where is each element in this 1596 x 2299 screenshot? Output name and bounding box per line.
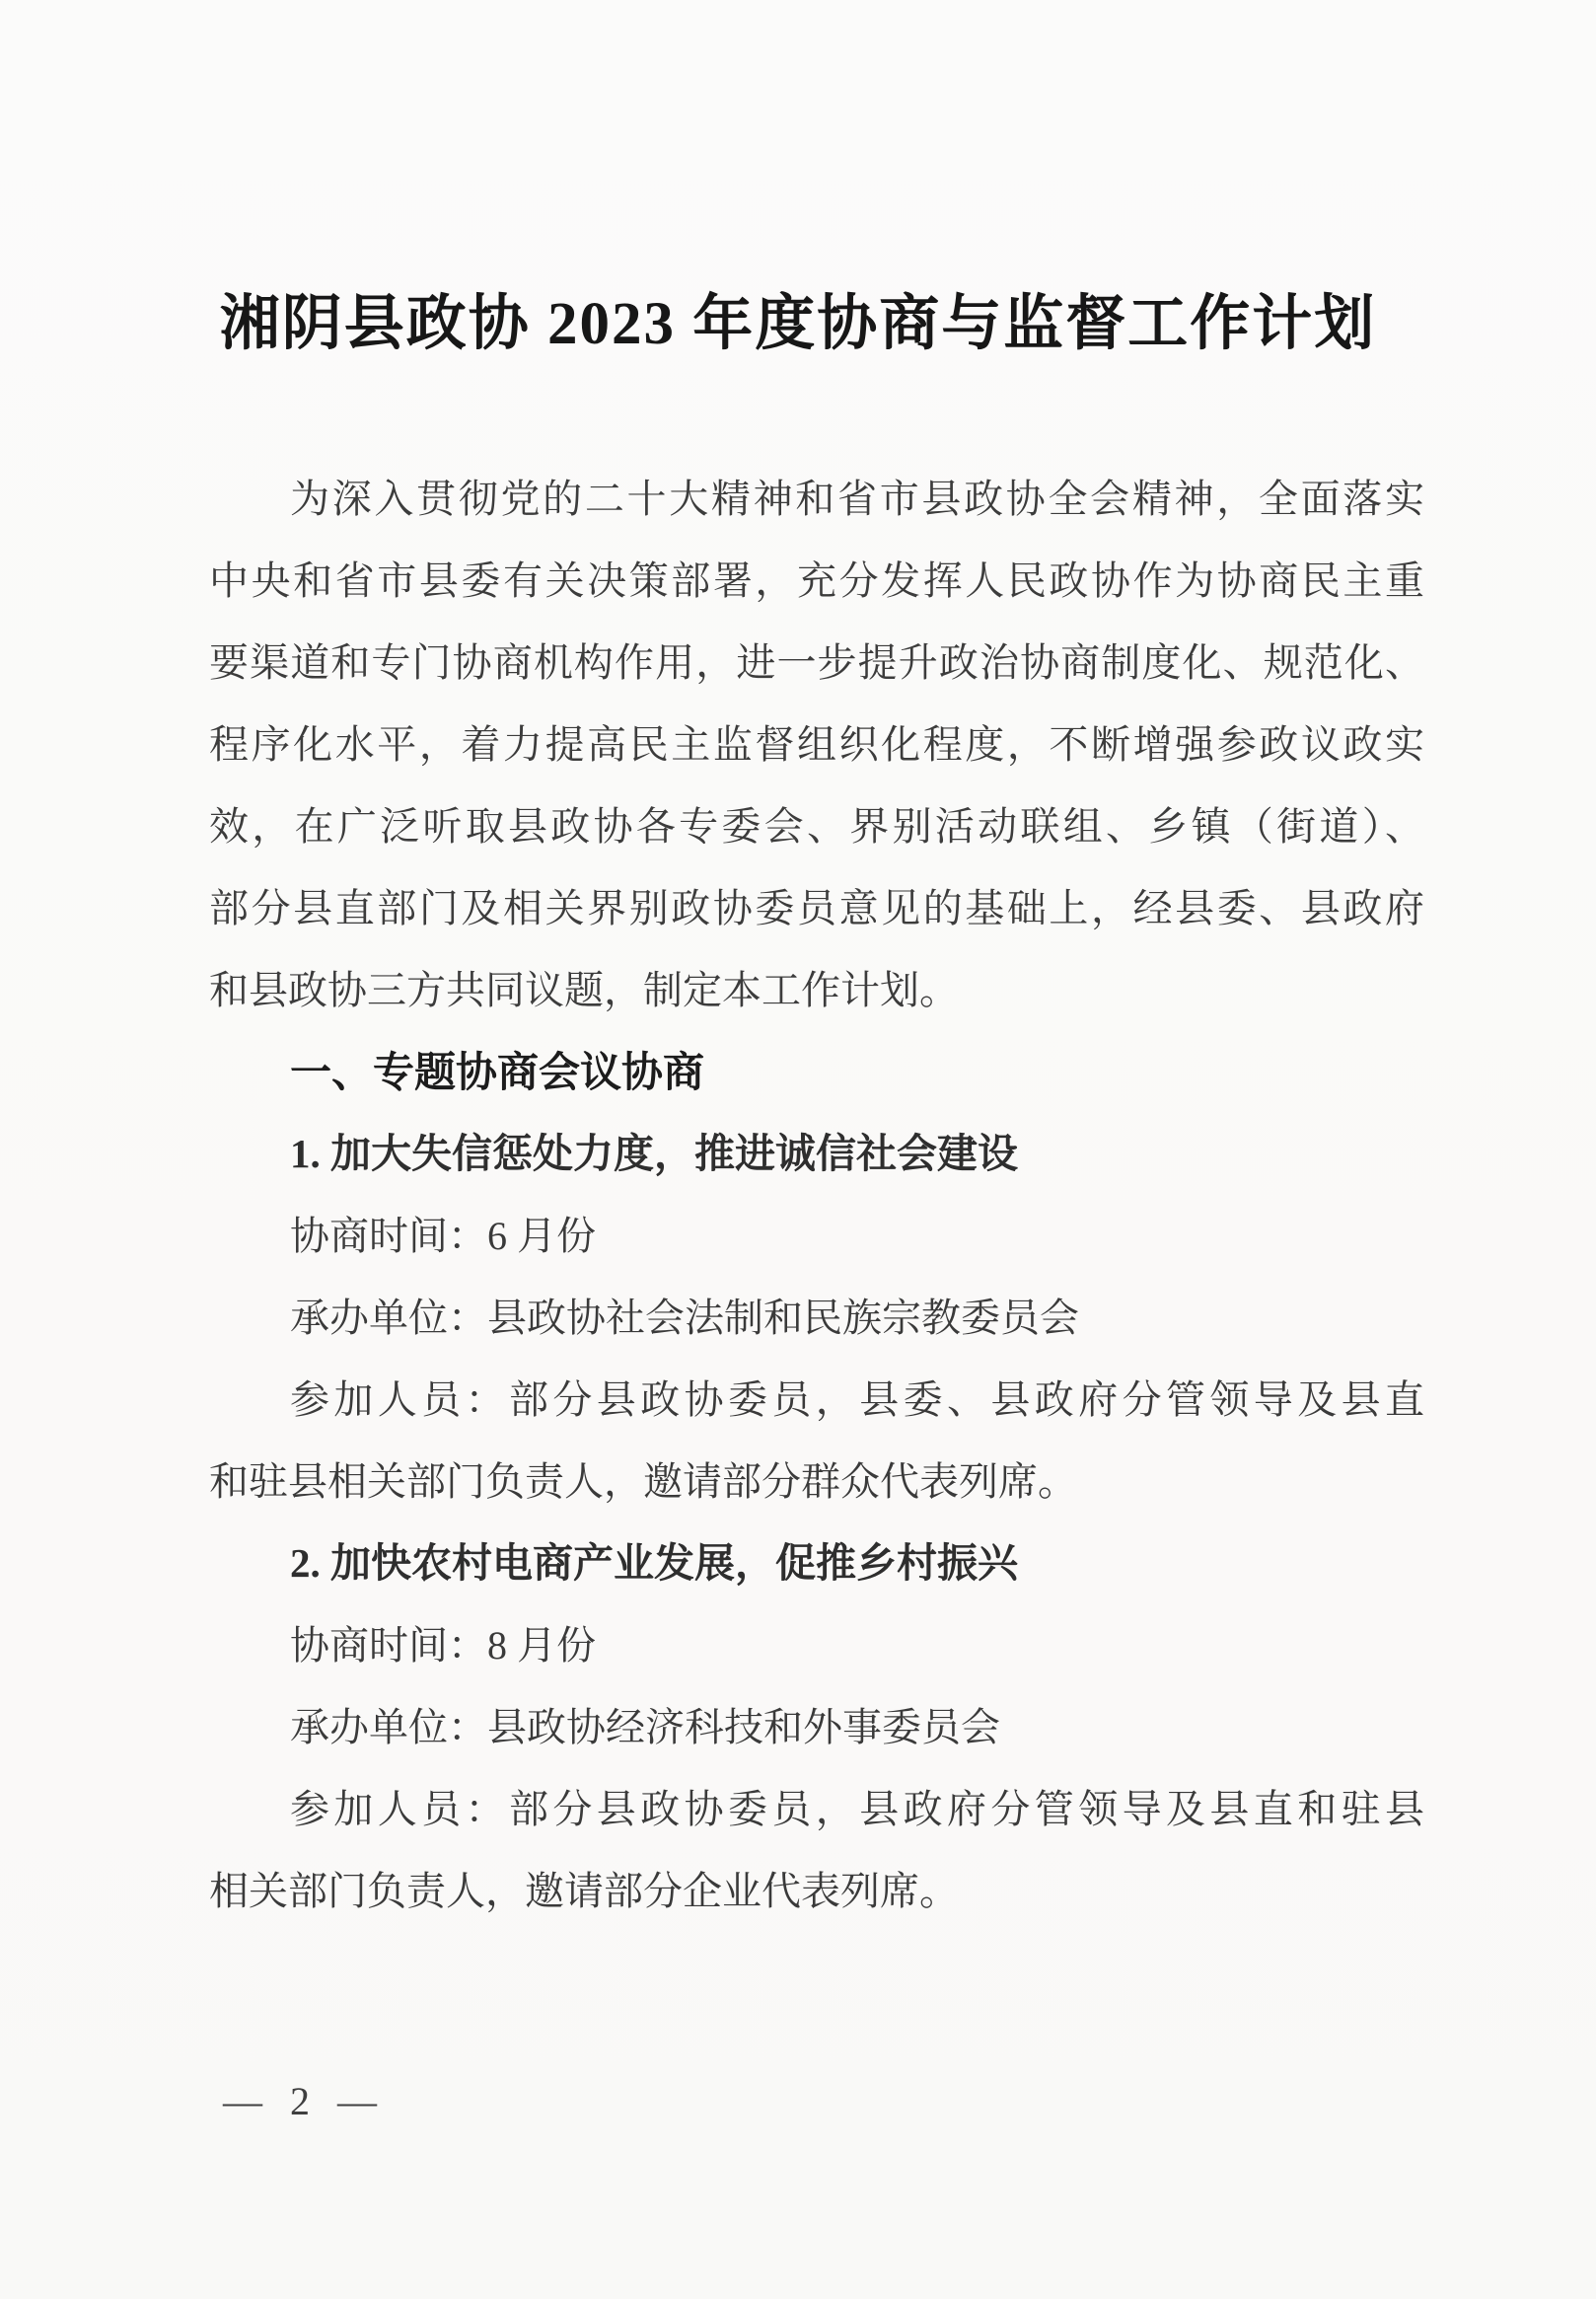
document-title: 湘阴县政协 2023 年度协商与监督工作计划 [0, 280, 1596, 369]
text-line-15: 协商时间：8 月份 [209, 1604, 1424, 1686]
text-line-12: 参加人员：部分县政协委员，县委、县政府分管领导及县直 [209, 1359, 1424, 1441]
text-line-5: 效，在广泛听取县政协各专委会、界别活动联组、乡镇（街道）、 [209, 785, 1424, 867]
page-number: — 2 — [223, 2078, 377, 2125]
text-line-8: 一、专题协商会议协商 [209, 1031, 1424, 1113]
text-line-13: 和驻县相关部门负责人，邀请部分群众代表列席。 [209, 1441, 1424, 1522]
document-body: 为深入贯彻党的二十大精神和省市县政协全会精神，全面落实中央和省市县委有关决策部署… [209, 458, 1424, 1932]
document-page: 湘阴县政协 2023 年度协商与监督工作计划 为深入贯彻党的二十大精神和省市县政… [0, 0, 1596, 2299]
text-line-17: 参加人员：部分县政协委员，县政府分管领导及县直和驻县 [209, 1768, 1424, 1850]
text-line-4: 程序化水平，着力提高民主监督组织化程度，不断增强参政议政实 [209, 704, 1424, 785]
text-line-7: 和县政协三方共同议题，制定本工作计划。 [209, 949, 1424, 1031]
text-line-6: 部分县直部门及相关界别政协委员意见的基础上，经县委、县政府 [209, 867, 1424, 949]
text-line-14: 2. 加快农村电商产业发展，促推乡村振兴 [209, 1522, 1424, 1604]
text-line-18: 相关部门负责人，邀请部分企业代表列席。 [209, 1850, 1424, 1932]
text-line-11: 承办单位：县政协社会法制和民族宗教委员会 [209, 1277, 1424, 1359]
text-line-10: 协商时间：6 月份 [209, 1195, 1424, 1277]
text-line-3: 要渠道和专门协商机构作用，进一步提升政治协商制度化、规范化、 [209, 622, 1424, 704]
text-line-16: 承办单位：县政协经济科技和外事委员会 [209, 1686, 1424, 1768]
text-line-9: 1. 加大失信惩处力度，推进诚信社会建设 [209, 1113, 1424, 1195]
text-line-1: 为深入贯彻党的二十大精神和省市县政协全会精神，全面落实 [209, 458, 1424, 540]
text-line-2: 中央和省市县委有关决策部署，充分发挥人民政协作为协商民主重 [209, 540, 1424, 622]
